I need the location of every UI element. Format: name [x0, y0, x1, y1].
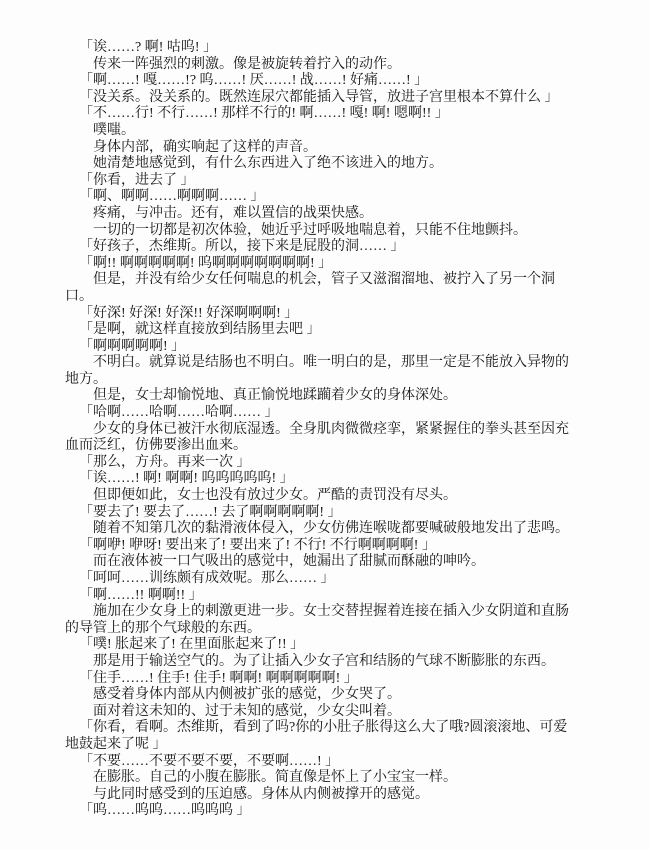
paragraph-narration: 传来一阵强烈的刺激。像是被旋转着拧入的动作。	[65, 57, 579, 74]
paragraph-dialogue: 「啊……! 嘎……!? 呜……! 厌……! 战……! 好痛……! 」	[65, 73, 579, 90]
paragraph-narration: 在膨胀。自己的小腹在膨胀。简直像是怀上了小宝宝一样。	[65, 770, 579, 787]
paragraph-dialogue: 「是啊，就这样直接放到结肠里去吧 」	[65, 322, 579, 339]
document-page: 「诶……? 啊! 咕呜! 」传来一阵强烈的刺激。像是被旋转着拧入的动作。「啊………	[0, 0, 650, 850]
paragraph-narration: 少女的身体已被汗水彻底湿透。全身肌肉微微痉挛，紧紧握住的拳头甚至因充血而泛红，仿…	[65, 422, 579, 455]
paragraph-narration: 随着不知第几次的黏滑液体侵入，少女仿佛连喉咙都要喊破般地发出了悲鸣。	[65, 521, 579, 538]
paragraph-dialogue: 「噗! 胀起来了! 在里面胀起来了!! 」	[65, 637, 579, 654]
paragraph-dialogue: 「啊!! 啊啊啊啊啊! 呜啊啊啊啊啊啊啊! 」	[65, 256, 579, 273]
paragraph-narration: 身体内部，确实响起了这样的声音。	[65, 140, 579, 157]
paragraph-narration: 那是用于输送空气的。为了让插入少女子宫和结肠的气球不断膨胀的东西。	[65, 654, 579, 671]
paragraph-dialogue: 「没关系。没关系的。既然连尿穴都能插入导管，放进子宫里根本不算什么 」	[65, 90, 579, 107]
paragraph-narration: 一切的一切都是初次体验，她近乎过呼吸地喘息着，只能不住地颤抖。	[65, 223, 579, 240]
paragraph-dialogue: 「呵呵……训练颇有成效呢。那么…… 」	[65, 571, 579, 588]
paragraph-dialogue: 「诶……? 啊! 咕呜! 」	[65, 40, 579, 57]
paragraph-dialogue: 「啊、啊啊……啊啊啊…… 」	[65, 189, 579, 206]
paragraph-narration: 与此同时感受到的压迫感。身体从内侧被撑开的感觉。	[65, 787, 579, 804]
paragraph-dialogue: 「啊……!! 啊啊!! 」	[65, 588, 579, 605]
paragraph-narration: 疼痛，与冲击。还有，难以置信的战栗快感。	[65, 206, 579, 223]
paragraph-narration: 但是，女士却愉悦地、真正愉悦地蹂躏着少女的身体深处。	[65, 388, 579, 405]
paragraph-dialogue: 「诶……! 啊! 啊啊! 呜呜呜呜呜! 」	[65, 471, 579, 488]
paragraph-dialogue: 「好深! 好深! 好深!! 好深啊啊啊! 」	[65, 306, 579, 323]
paragraph-dialogue: 「呜……呜呜……呜呜呜 」	[65, 803, 579, 820]
paragraph-dialogue: 「住手……! 住手! 住手! 啊啊! 啊啊啊啊啊! 」	[65, 671, 579, 688]
paragraph-dialogue: 「不……行! 不行……! 那样不行的! 啊……! 嘎! 啊! 嗯啊!! 」	[65, 106, 579, 123]
paragraph-dialogue: 「要去了! 要去了……! 去了啊啊啊啊啊! 」	[65, 505, 579, 522]
paragraph-narration: 她清楚地感觉到，有什么东西进入了绝不该进入的地方。	[65, 156, 579, 173]
novel-text-content: 「诶……? 啊! 咕呜! 」传来一阵强烈的刺激。像是被旋转着拧入的动作。「啊………	[65, 40, 579, 820]
paragraph-narration: 噗嗤。	[65, 123, 579, 140]
paragraph-dialogue: 「好孩子，杰维斯。所以，接下来是屁股的洞…… 」	[65, 239, 579, 256]
paragraph-dialogue: 「那么，方舟。再来一次 」	[65, 455, 579, 472]
paragraph-narration: 但是，并没有给少女任何喘息的机会，管子又滋溜溜地、被拧入了另一个洞口。	[65, 272, 579, 305]
paragraph-dialogue: 「啊啊啊啊啊! 」	[65, 339, 579, 356]
paragraph-narration: 但即便如此，女士也没有放过少女。严酷的责罚没有尽头。	[65, 488, 579, 505]
paragraph-dialogue: 「哈啊……哈啊……哈啊…… 」	[65, 405, 579, 422]
paragraph-narration: 不明白。就算说是结肠也不明白。唯一明白的是，那里一定是不能放入异物的地方。	[65, 355, 579, 388]
paragraph-dialogue: 「你看，看啊。杰维斯，看到了吗?你的小肚子胀得这么大了哦?圆滚滚地、可爱地鼓起来…	[65, 720, 579, 753]
paragraph-dialogue: 「啊咿! 咿呀! 要出来了! 要出来了! 不行! 不行啊啊啊啊! 」	[65, 538, 579, 555]
paragraph-narration: 面对着这未知的、过于未知的感觉，少女尖叫着。	[65, 704, 579, 721]
paragraph-narration: 施加在少女身上的刺激更进一步。女士交替捏握着连接在插入少女阴道和直肠的导管上的那…	[65, 604, 579, 637]
paragraph-narration: 感受着身体内部从内侧被扩张的感觉，少女哭了。	[65, 687, 579, 704]
paragraph-dialogue: 「你看，进去了 」	[65, 173, 579, 190]
paragraph-narration: 而在液体被一口气吸出的感觉中，她漏出了甜腻而酥融的呻吟。	[65, 554, 579, 571]
paragraph-dialogue: 「不要……不要不要不要，不要啊……! 」	[65, 754, 579, 771]
